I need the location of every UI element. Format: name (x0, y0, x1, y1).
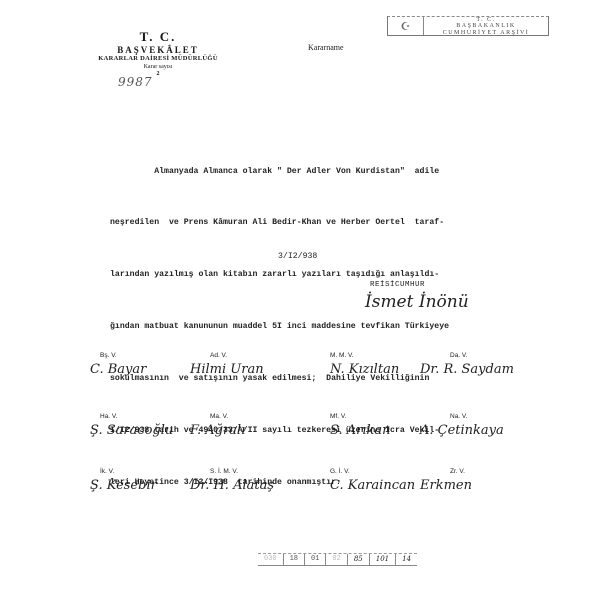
minister-role: S. İ. M. V. (210, 468, 238, 475)
decision-label: Karar sayısı (60, 64, 256, 71)
letterhead-country: T. C. (60, 30, 256, 45)
minister-signature: S. Arıkan (330, 423, 390, 438)
letterhead-office: BAŞVEKÂLET (60, 45, 256, 55)
body-line: neşredilen ve Prens Kâmuran Ali Bedir-Kh… (110, 214, 505, 231)
minister-signature: N. Kızıltan (330, 362, 399, 377)
letterhead: T. C. BAŞVEKÂLET KARARLAR DAİRESİ MÜDÜRL… (60, 30, 256, 78)
president-title: REİSİCUMHUR (370, 281, 425, 289)
archive-code: 101 (369, 554, 395, 565)
minister-signature: Erkmen (420, 478, 472, 493)
stamp-line-3: CUMHURİYET ARŞİVİ (424, 30, 548, 36)
minister-signature: Dr. R. Saydam (420, 362, 514, 377)
minister-role: Ad. V. (210, 352, 227, 359)
archive-code: 030 (258, 554, 283, 565)
body-line: ğından matbuat kanununun muaddel 5I inci… (110, 318, 505, 335)
archive-code: 01 (304, 554, 325, 565)
minister-role: Na. V. (450, 413, 467, 420)
minister-role: Bş. V. (100, 352, 117, 359)
archive-code: 85 (347, 554, 369, 565)
decision-number: 2 (60, 71, 256, 78)
minister-signature: Dr. H. Alataş (190, 478, 274, 493)
minister-signature: A. Çetinkaya (420, 423, 504, 438)
handwritten-number: 9987 (118, 75, 153, 89)
document-type: Kararname (308, 43, 344, 52)
president-signature: İsmet İnönü (365, 292, 469, 312)
archive-strip: 030 18 01 02 85 101 14 (258, 553, 417, 566)
minister-role: İk. V. (100, 468, 114, 475)
decree-body: Almanyada Almanca olarak " Der Adler Von… (110, 128, 505, 509)
minister-role: G. İ. V. (330, 468, 350, 475)
minister-signature: C. Bayar (90, 362, 146, 377)
minister-signature: F. Ağralı (190, 423, 245, 438)
minister-role: M. M. V. (330, 352, 354, 359)
minister-signature: Ş. Kesebir (90, 478, 157, 493)
minister-role: Mf. V. (330, 413, 346, 420)
archive-code: 14 (395, 554, 417, 565)
archive-stamp: ☪ T. C. BAŞBAKANLIK CUMHURİYET ARŞİVİ (387, 16, 549, 36)
crescent-star-icon: ☪ (388, 17, 424, 35)
letterhead-department: KARARLAR DAİRESİ MÜDÜRLÜĞÜ (60, 55, 256, 62)
minister-role: Ma. V. (210, 413, 228, 420)
minister-role: Ha. V. (100, 413, 117, 420)
decree-date: 3/I2/938 (278, 252, 317, 261)
minister-signature: Ş. Saracoğlu (90, 423, 173, 438)
archive-code: 02 (325, 554, 346, 565)
minister-role: Zr. V. (450, 468, 465, 475)
minister-role: Da. V. (450, 352, 467, 359)
body-line: larından yazılmış olan kitabın zararlı y… (110, 266, 505, 283)
minister-signature: C. Karaincan (330, 478, 415, 493)
minister-signature: Hilmi Uran (190, 362, 264, 377)
archive-code: 18 (283, 554, 304, 565)
body-line: Almanyada Almanca olarak " Der Adler Von… (110, 163, 505, 180)
